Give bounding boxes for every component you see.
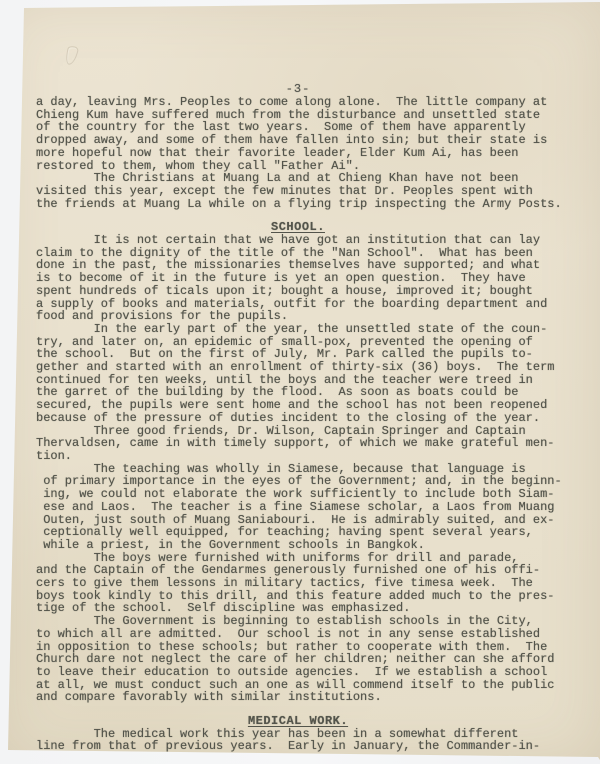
paper: -3- a day, leaving Mrs. Peoples to come … [0, 0, 600, 764]
paragraph: It is not certain that we have got an in… [36, 234, 584, 323]
paragraph: The Christians at Muang La and at Chieng… [36, 172, 584, 210]
paragraph: The teaching was wholly in Siamese, beca… [36, 463, 584, 552]
paragraph: The Government is beginning to establish… [36, 615, 584, 704]
scan-backdrop: -3- a day, leaving Mrs. Peoples to come … [0, 0, 600, 764]
paragraph: The boys were furnished with uniforms fo… [36, 552, 584, 616]
paragraph: In the early part of the year, the unset… [36, 323, 584, 425]
page-number: -3- [36, 82, 560, 96]
section-heading: MEDICAL WORK. [36, 715, 560, 728]
paragraph: Three good friends, Dr. Wilson, Captain … [36, 425, 584, 463]
paragraph: a day, leaving Mrs. Peoples to come alon… [36, 96, 584, 172]
emboss-mark [64, 45, 79, 66]
document-body: a day, leaving Mrs. Peoples to come alon… [36, 96, 584, 753]
paragraph: The medical work this year has been in a… [36, 728, 584, 753]
